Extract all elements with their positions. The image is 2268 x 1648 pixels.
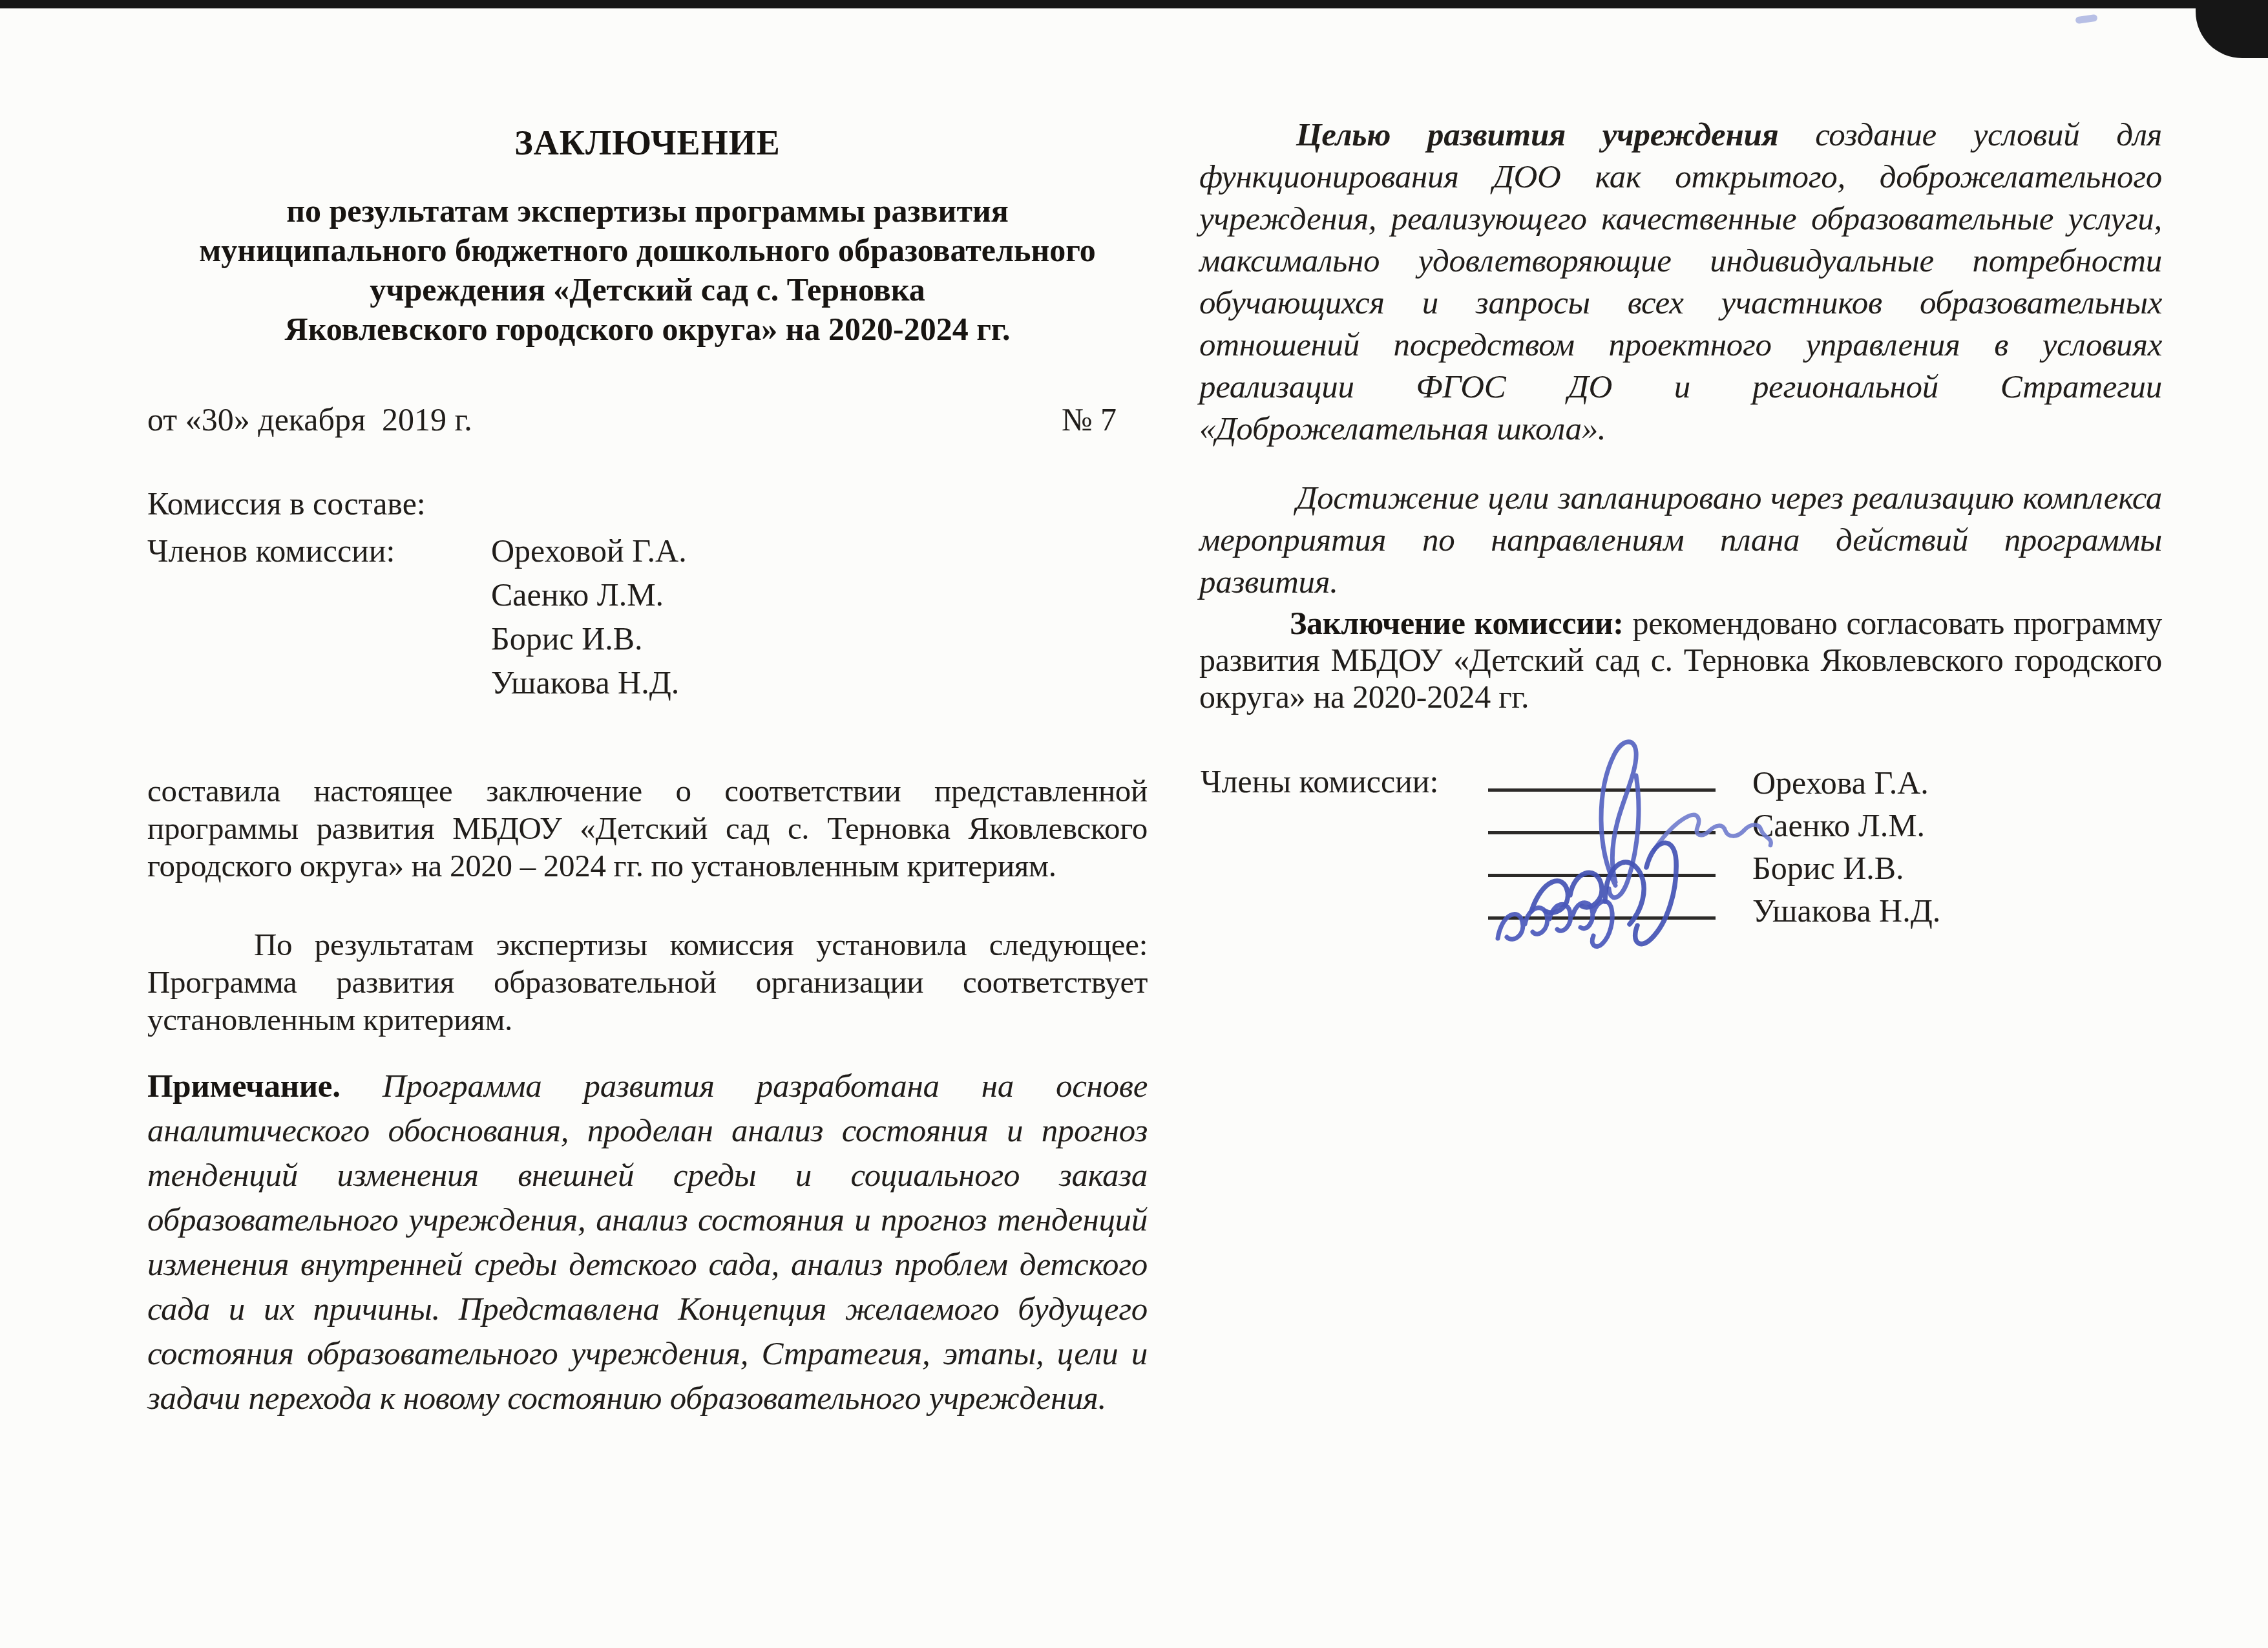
member-row: Ушакова Н.Д. xyxy=(147,660,687,704)
paragraph-result: По результатам экспертизы комиссия устан… xyxy=(147,926,1148,1039)
commission-members-list: Членов комиссии: Ореховой Г.А. Саенко Л.… xyxy=(147,529,687,704)
scan-corner-artifact xyxy=(2196,0,2268,58)
note-text: Программа развития разработана на основе… xyxy=(147,1068,1148,1417)
signature-ushakova-stroke xyxy=(1498,902,1612,947)
member-row: Саенко Л.М. xyxy=(147,573,687,617)
note-paragraph: Примечание. Программа развития разработа… xyxy=(147,1064,1148,1421)
signature-orehova-stroke xyxy=(1601,742,1639,898)
paragraph-conformity: составила настоящее заключение о соответ… xyxy=(147,772,1148,885)
date-number-row: от «30» декабря 2019 г. № 7 xyxy=(147,401,1148,438)
ink-speck xyxy=(2075,14,2097,25)
members-label: Членов комиссии: xyxy=(147,529,491,573)
note-label: Примечание. xyxy=(147,1068,341,1104)
document-title: ЗАКЛЮЧЕНИЕ xyxy=(147,123,1148,163)
member-row: Членов комиссии: Ореховой Г.А. xyxy=(147,529,687,573)
document-date: от «30» декабря 2019 г. xyxy=(147,401,472,438)
member-row: Борис И.В. xyxy=(147,617,687,660)
commission-intro: Комиссия в составе: xyxy=(147,485,426,522)
achievement-paragraph: Достижение цели запланировано через реал… xyxy=(1199,478,2162,604)
subtitle-line: Яковлевского городского округа» на 2020-… xyxy=(147,310,1148,349)
member-name: Ушакова Н.Д. xyxy=(491,660,679,704)
subtitle-line: учреждения «Детский сад с. Терновка xyxy=(147,270,1148,310)
subtitle-line: по результатам экспертизы программы разв… xyxy=(147,191,1148,231)
scanned-document-page: ЗАКЛЮЧЕНИЕ по результатам экспертизы про… xyxy=(0,0,2268,1648)
member-name: Ореховой Г.А. xyxy=(491,529,687,573)
conclusion-label: Заключение комиссии: xyxy=(1290,605,1624,641)
member-name: Саенко Л.М. xyxy=(491,573,664,617)
goal-label: Целью развития учреждения xyxy=(1296,117,1778,153)
document-subtitle: по результатам экспертизы программы разв… xyxy=(147,191,1148,349)
subtitle-line: муниципального бюджетного дошкольного об… xyxy=(147,231,1148,270)
goal-text: создание условий для функционирования ДО… xyxy=(1199,117,2162,447)
member-name: Борис И.В. xyxy=(491,617,643,660)
document-number: № 7 xyxy=(1062,401,1117,438)
goal-paragraph: Целью развития учреждения создание услов… xyxy=(1199,114,2162,450)
scan-edge-top xyxy=(0,0,2268,8)
handwritten-signatures xyxy=(1228,698,1874,969)
